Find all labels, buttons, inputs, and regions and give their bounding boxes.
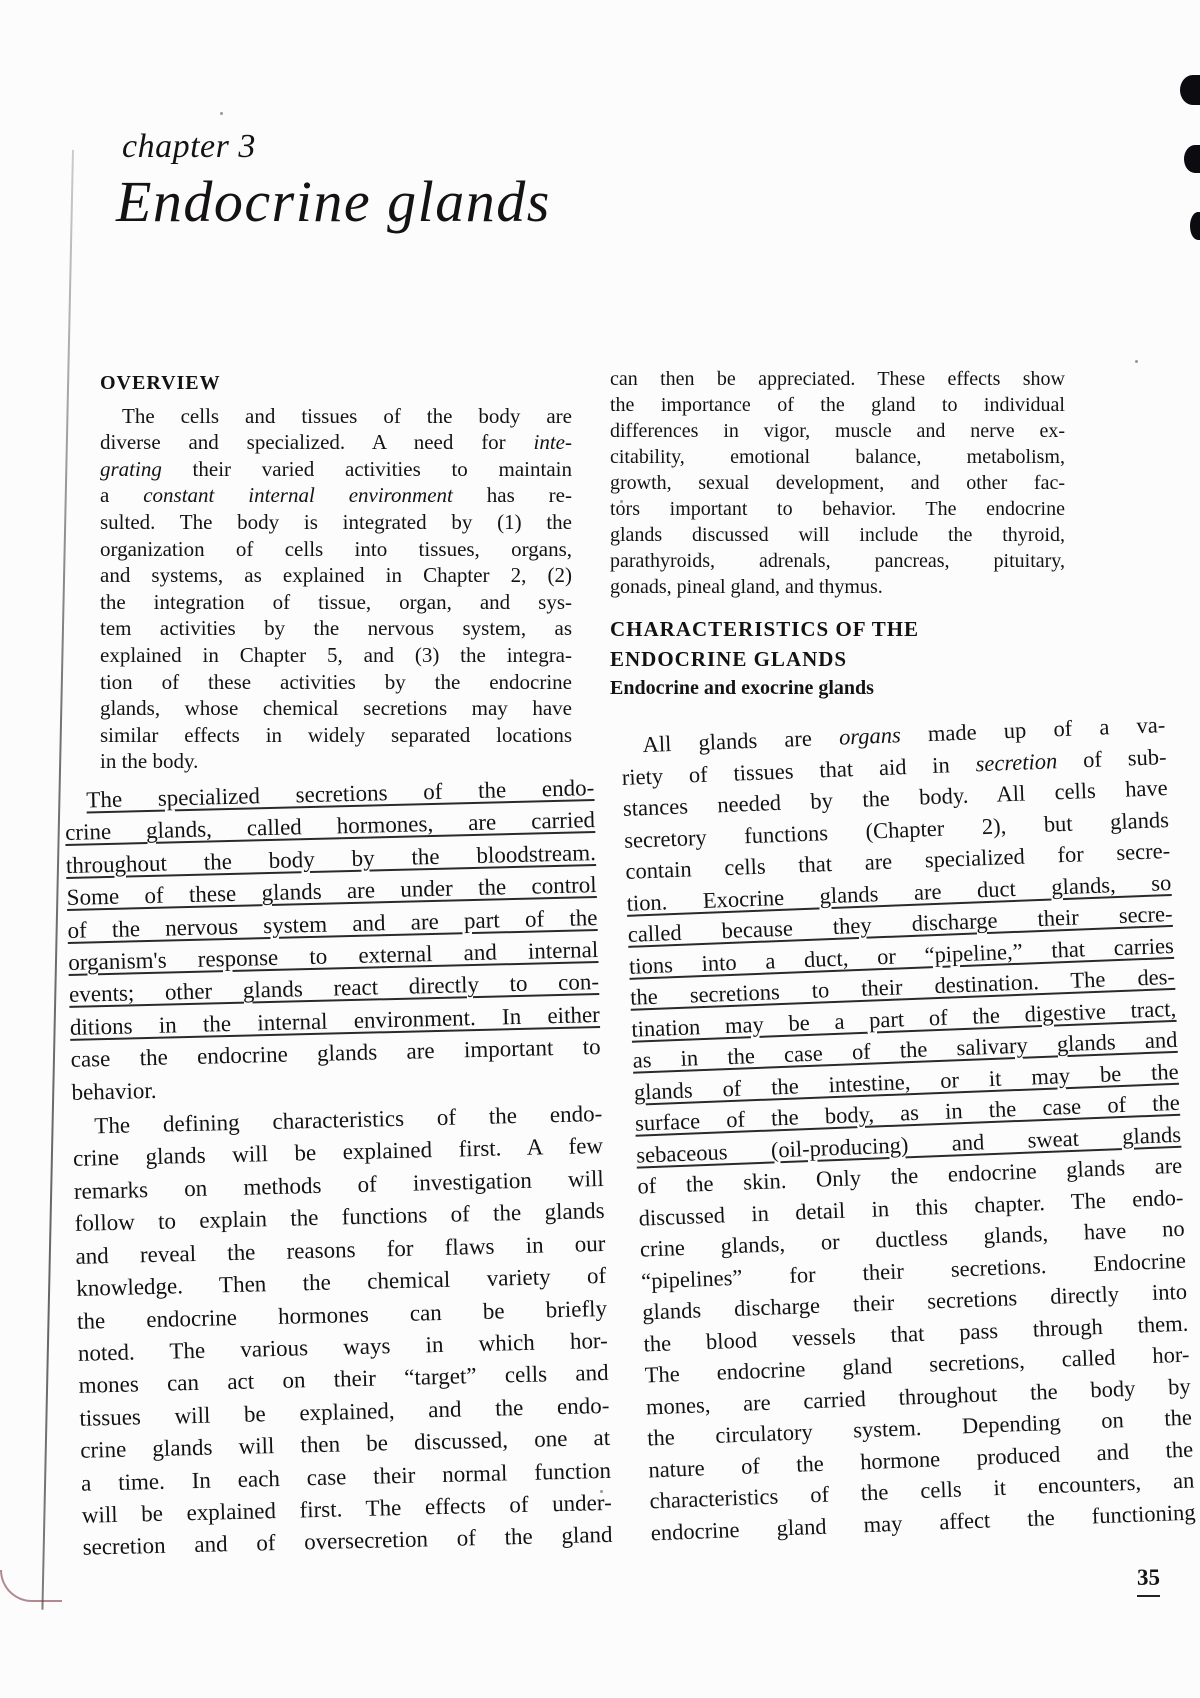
text-line: tion of these activities by the endocrin… bbox=[100, 669, 572, 696]
text-line: parathyroids, adrenals, pancreas, pituit… bbox=[610, 548, 1065, 574]
text-line: can then be appreciated. These effects s… bbox=[610, 366, 1065, 392]
overview-paragraph-1: The cells and tissues of the body are di… bbox=[100, 403, 572, 775]
section-heading: CHARACTERISTICS OF THE ENDOCRINE GLANDS bbox=[610, 614, 1065, 674]
text-line: the integration of tissue, organ, and sy… bbox=[100, 589, 572, 616]
text-line: similar effects in widely separated loca… bbox=[100, 722, 572, 749]
text-line: differences in vigor, muscle and nerve e… bbox=[610, 418, 1065, 444]
text-line: growth, sexual development, and other fa… bbox=[610, 470, 1065, 496]
text-line: grating their varied activities to maint… bbox=[100, 456, 572, 483]
text-line: tors important to behavior. The endocrin… bbox=[610, 496, 1065, 522]
overview-paragraph-2: The specialized secretions of the endo- … bbox=[64, 772, 602, 1109]
overview-continuation: can then be appreciated. These effects s… bbox=[610, 366, 1065, 600]
text-line: in the body. bbox=[100, 748, 572, 775]
text-line: citability, emotional balance, metabolis… bbox=[610, 444, 1065, 470]
binding-hole-mark bbox=[1180, 75, 1200, 105]
text-line: the importance of the gland to individua… bbox=[610, 392, 1065, 418]
text-line: a constant internal environment has re- bbox=[100, 482, 572, 509]
text-line: glands discussed will include the thyroi… bbox=[610, 522, 1065, 548]
overview-paragraph-3: The defining characteristics of the endo… bbox=[72, 1098, 613, 1565]
page-corner-curl bbox=[0, 1570, 62, 1602]
binding-hole-mark bbox=[1184, 145, 1200, 173]
chapter-label: chapter 3 bbox=[122, 128, 256, 166]
scan-speck bbox=[1135, 360, 1138, 363]
chapter-title: Endocrine glands bbox=[116, 168, 551, 235]
scan-speck bbox=[220, 112, 223, 115]
overview-heading: OVERVIEW bbox=[100, 370, 572, 397]
left-column-upper: OVERVIEW The cells and tissues of the bo… bbox=[100, 370, 572, 775]
text-line: sulted. The body is integrated by (1) th… bbox=[100, 509, 572, 536]
text-line: explained in Chapter 5, and (3) the inte… bbox=[100, 642, 572, 669]
text-line: The cells and tissues of the body are bbox=[100, 403, 572, 430]
right-column-upper: can then be appreciated. These effects s… bbox=[610, 366, 1065, 710]
text-line: organization of cells into tissues, orga… bbox=[100, 536, 572, 563]
binding-hole-mark bbox=[1190, 212, 1200, 240]
page-number: 35 bbox=[1137, 1565, 1160, 1597]
text-line: diverse and specialized. A need for inte… bbox=[100, 429, 572, 456]
text-line: glands, whose chemical secretions may ha… bbox=[100, 695, 572, 722]
text-line: tem activities by the nervous system, as bbox=[100, 615, 572, 642]
subsection-heading: Endocrine and exocrine glands bbox=[610, 674, 1065, 702]
text-line: gonads, pineal gland, and thymus. bbox=[610, 574, 1065, 600]
right-column-lower: All glands are organs made up of a va- r… bbox=[620, 709, 1196, 1548]
glands-paragraph: All glands are organs made up of a va- r… bbox=[620, 709, 1196, 1548]
left-column-lower: The specialized secretions of the endo- … bbox=[64, 772, 613, 1564]
text-line: and systems, as explained in Chapter 2, … bbox=[100, 562, 572, 589]
